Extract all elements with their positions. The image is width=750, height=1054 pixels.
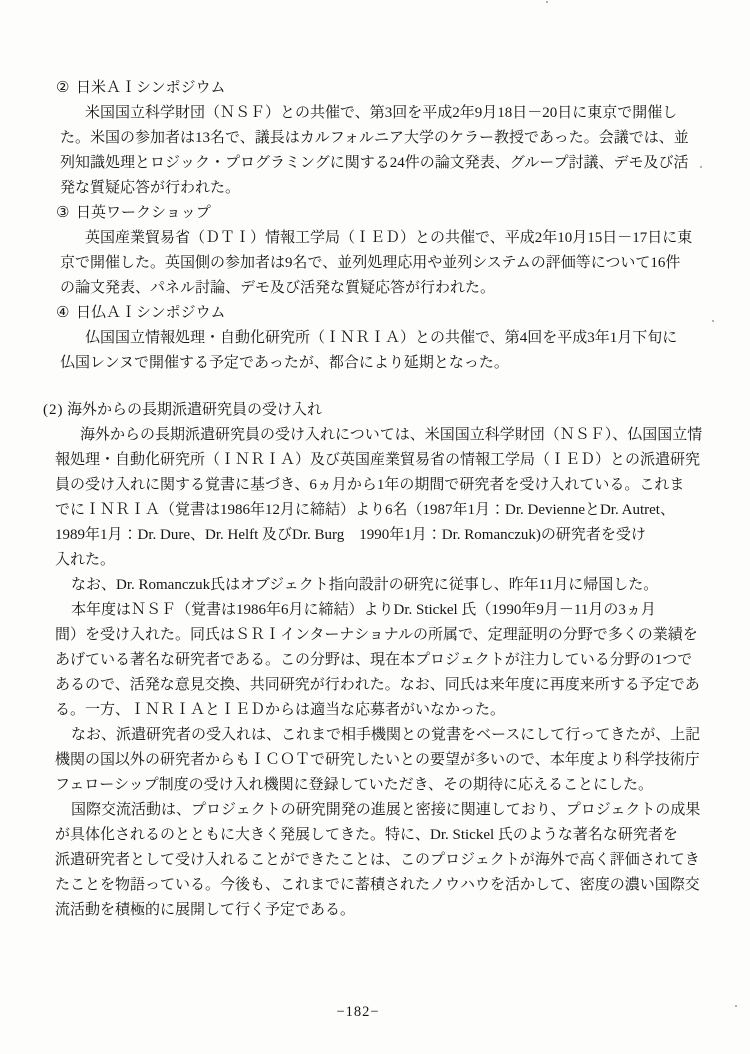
circled-number-4: ④: [56, 301, 76, 326]
text-line: 海外からの長期派遣研究員の受け入れについては、米国国立科学財団（ＮＳＦ）、仏国国…: [0, 423, 750, 448]
scan-speck: [735, 1005, 737, 1007]
text-line: 京で開催した。英国側の参加者は9名で、並列処理応用や並列システムの評価等について…: [0, 251, 750, 276]
text-line: 本年度はＮＳＦ（覚書は1986年6月に締結）よりDr. Stickel 氏（19…: [0, 598, 750, 623]
subsection-japan-uk-workshop: ③日英ワークショップ 英国産業貿易省（ＤＴＩ）情報工学局（ＩＥＤ）との共催で、平…: [0, 201, 750, 301]
page-number: −182−: [0, 1000, 716, 1025]
text-line: たことを物語っている。今後も、これまでに蓄積されたノウハウを活かして、密度の濃い…: [0, 873, 750, 898]
text-line: の論文発表、パネル討論、デモ及び活発な質疑応答が行われた。: [0, 276, 750, 301]
text-line: あるので、活発な意見交換、共同研究が行われた。なお、同氏は来年度に再度来所する予…: [0, 673, 750, 698]
text-line: 仏国レンヌで開催する予定であったが、都合により延期となった。: [0, 351, 750, 376]
text-line: 国際交流活動は、プロジェクトの研究開発の進展と密接に関連しており、プロジェクトの…: [0, 798, 750, 823]
subsection-japan-france-ai-symposium: ④日仏ＡＩシンポジウム 仏国国立情報処理・自動化研究所（ＩＮＲＩＡ）との共催で、…: [0, 301, 750, 376]
text-line: 間）を受け入れた。同氏はＳＲＩインターナショナルの所属で、定理証明の分野で多くの…: [0, 623, 750, 648]
section-overseas-researchers: (2)海外からの長期派遣研究員の受け入れ 海外からの長期派遣研究員の受け入れにつ…: [0, 398, 750, 923]
text-line: 列知識処理とロジック・プログラミングに関する24件の論文発表、グループ討議、デモ…: [0, 151, 750, 176]
text-line: る。一方、ＩＮＲＩＡとＩＥＤからは適当な応募者がいなかった。: [0, 698, 750, 723]
subsection-heading: ③日英ワークショップ: [0, 201, 750, 226]
text-line: 報処理・自動化研究所（ＩＮＲＩＡ）及び英国産業貿易省の情報工学局（ＩＥＤ）との派…: [0, 448, 750, 473]
circled-number-2: ②: [56, 76, 76, 101]
scan-speck: [546, 1, 548, 3]
text-line: 発な質疑応答が行われた。: [0, 176, 750, 201]
scan-speck: [712, 320, 714, 322]
text-line: が具体化されるのとともに大きく発展してきた。特に、Dr. Stickel 氏のよ…: [0, 823, 750, 848]
section-heading: (2)海外からの長期派遣研究員の受け入れ: [0, 398, 750, 423]
text-line: 1989年1月：Dr. Dure、Dr. Helft 及びDr. Burg 19…: [0, 523, 750, 548]
text-line: あげている著名な研究者である。この分野は、現在本プロジェクトが注力している分野の…: [0, 648, 750, 673]
text-line: 流活動を積極的に展開して行く予定である。: [0, 898, 750, 923]
text-line: でにＩＮＲＩＡ（覚書は1986年12月に締結）より6名（1987年1月：Dr. …: [0, 498, 750, 523]
scan-speck: [700, 166, 702, 168]
text-line: た。米国の参加者は13名で、議長はカルフォルニア大学のケラー教授であった。会議で…: [0, 126, 750, 151]
text-line: フェローシップ制度の受け入れ機関に登録していただき、その期待に応えることにした。: [0, 773, 750, 798]
subsection-japan-us-ai-symposium: ②日米ＡＩシンポジウム 米国国立科学財団（ＮＳＦ）との共催で、第3回を平成2年9…: [0, 76, 750, 201]
circled-number-3: ③: [56, 201, 76, 226]
section-number: (2): [43, 398, 67, 423]
text-line: なお、派遣研究者の受入れは、これまで相手機関との覚書をベースにして行ってきたが、…: [0, 723, 750, 748]
subsection-title: 日米ＡＩシンポジウム: [76, 80, 225, 96]
section-title: 海外からの長期派遣研究員の受け入れ: [67, 402, 322, 418]
subsection-heading: ②日米ＡＩシンポジウム: [0, 76, 750, 101]
subsection-title: 日仏ＡＩシンポジウム: [76, 305, 225, 321]
text-line: 英国産業貿易省（ＤＴＩ）情報工学局（ＩＥＤ）との共催で、平成2年10月15日－1…: [0, 226, 750, 251]
subsection-heading: ④日仏ＡＩシンポジウム: [0, 301, 750, 326]
text-line: 入れた。: [0, 548, 750, 573]
subsection-title: 日英ワークショップ: [76, 205, 211, 221]
text-line: 米国国立科学財団（ＮＳＦ）との共催で、第3回を平成2年9月18日－20日に東京で…: [0, 101, 750, 126]
text-line: 派遣研究者として受け入れることができたことは、このプロジェクトが海外で高く評価さ…: [0, 848, 750, 873]
text-line: 機関の国以外の研究者からもＩＣＯＴで研究したいとの要望が多いので、本年度より科学…: [0, 748, 750, 773]
document-body: ②日米ＡＩシンポジウム 米国国立科学財団（ＮＳＦ）との共催で、第3回を平成2年9…: [0, 76, 750, 923]
text-line: 仏国国立情報処理・自動化研究所（ＩＮＲＩＡ）との共催で、第4回を平成3年1月下旬…: [0, 326, 750, 351]
scanned-document-page: ②日米ＡＩシンポジウム 米国国立科学財団（ＮＳＦ）との共催で、第3回を平成2年9…: [0, 0, 750, 1054]
text-line: 員の受け入れに関する覚書に基づき、6ヵ月から1年の期間で研究者を受け入れている。…: [0, 473, 750, 498]
text-line: なお、Dr. Romanczuk氏はオブジェクト指向設計の研究に従事し、昨年11…: [0, 573, 750, 598]
